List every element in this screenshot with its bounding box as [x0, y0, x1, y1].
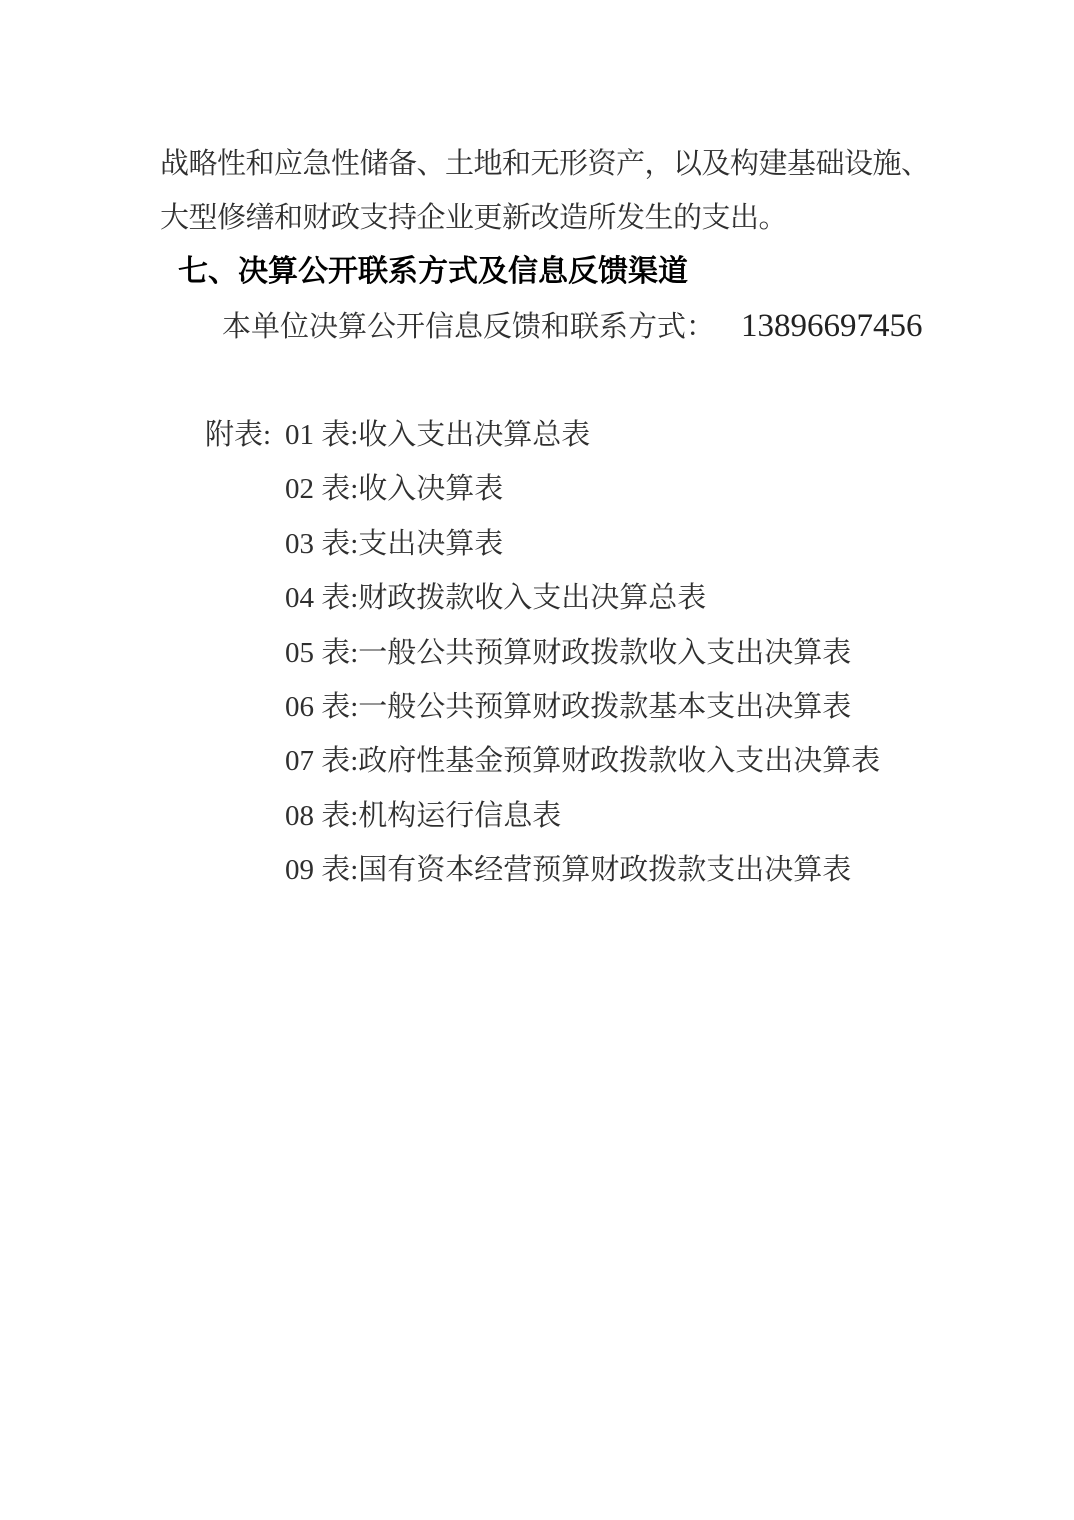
contact-label: 本单位决算公开信息反馈和联系方式：	[222, 311, 715, 343]
appendix-row: 07 表:政府性基金预算财政拨款收入支出决算表	[205, 734, 929, 788]
appendix-row: 09 表:国有资本经营预算财政拨款支出决算表	[205, 843, 929, 897]
document-page: 战略性和应急性储备、土地和无形资产，以及构建基础设施、 大型修缮和财政支持企业更…	[0, 0, 1074, 1520]
section-heading: 七、决算公开联系方式及信息反馈渠道	[160, 245, 929, 299]
appendix-row: 06 表:一般公共预算财政拨款基本支出决算表	[205, 680, 929, 734]
appendix-item: 01 表:收入支出决算总表	[285, 408, 590, 462]
contact-phone: 13896697456	[741, 308, 923, 344]
appendix-item: 02 表:收入决算表	[285, 462, 503, 516]
contact-line: 本单位决算公开信息反馈和联系方式：13896697456	[160, 299, 929, 354]
appendix-list: 附表: 01 表:收入支出决算总表 02 表:收入决算表 03 表:支出决算表 …	[160, 408, 929, 898]
paragraph-line: 大型修缮和财政支持企业更新改造所发生的支出。	[160, 191, 929, 245]
appendix-row: 08 表:机构运行信息表	[205, 789, 929, 843]
appendix-item: 09 表:国有资本经营预算财政拨款支出决算表	[285, 843, 851, 897]
body-paragraph: 战略性和应急性储备、土地和无形资产，以及构建基础设施、 大型修缮和财政支持企业更…	[160, 137, 929, 245]
appendix-label: 附表:	[205, 408, 285, 462]
appendix-row: 03 表:支出决算表	[205, 517, 929, 571]
appendix-item: 04 表:财政拨款收入支出决算总表	[285, 571, 706, 625]
appendix-item: 08 表:机构运行信息表	[285, 789, 561, 843]
appendix-item: 05 表:一般公共预算财政拨款收入支出决算表	[285, 626, 851, 680]
appendix-row: 05 表:一般公共预算财政拨款收入支出决算表	[205, 626, 929, 680]
appendix-row: 附表: 01 表:收入支出决算总表	[205, 408, 929, 462]
appendix-row: 02 表:收入决算表	[205, 462, 929, 516]
appendix-row: 04 表:财政拨款收入支出决算总表	[205, 571, 929, 625]
appendix-item: 03 表:支出决算表	[285, 517, 503, 571]
appendix-item: 07 表:政府性基金预算财政拨款收入支出决算表	[285, 734, 880, 788]
paragraph-line: 战略性和应急性储备、土地和无形资产，以及构建基础设施、	[160, 137, 929, 191]
appendix-item: 06 表:一般公共预算财政拨款基本支出决算表	[285, 680, 851, 734]
